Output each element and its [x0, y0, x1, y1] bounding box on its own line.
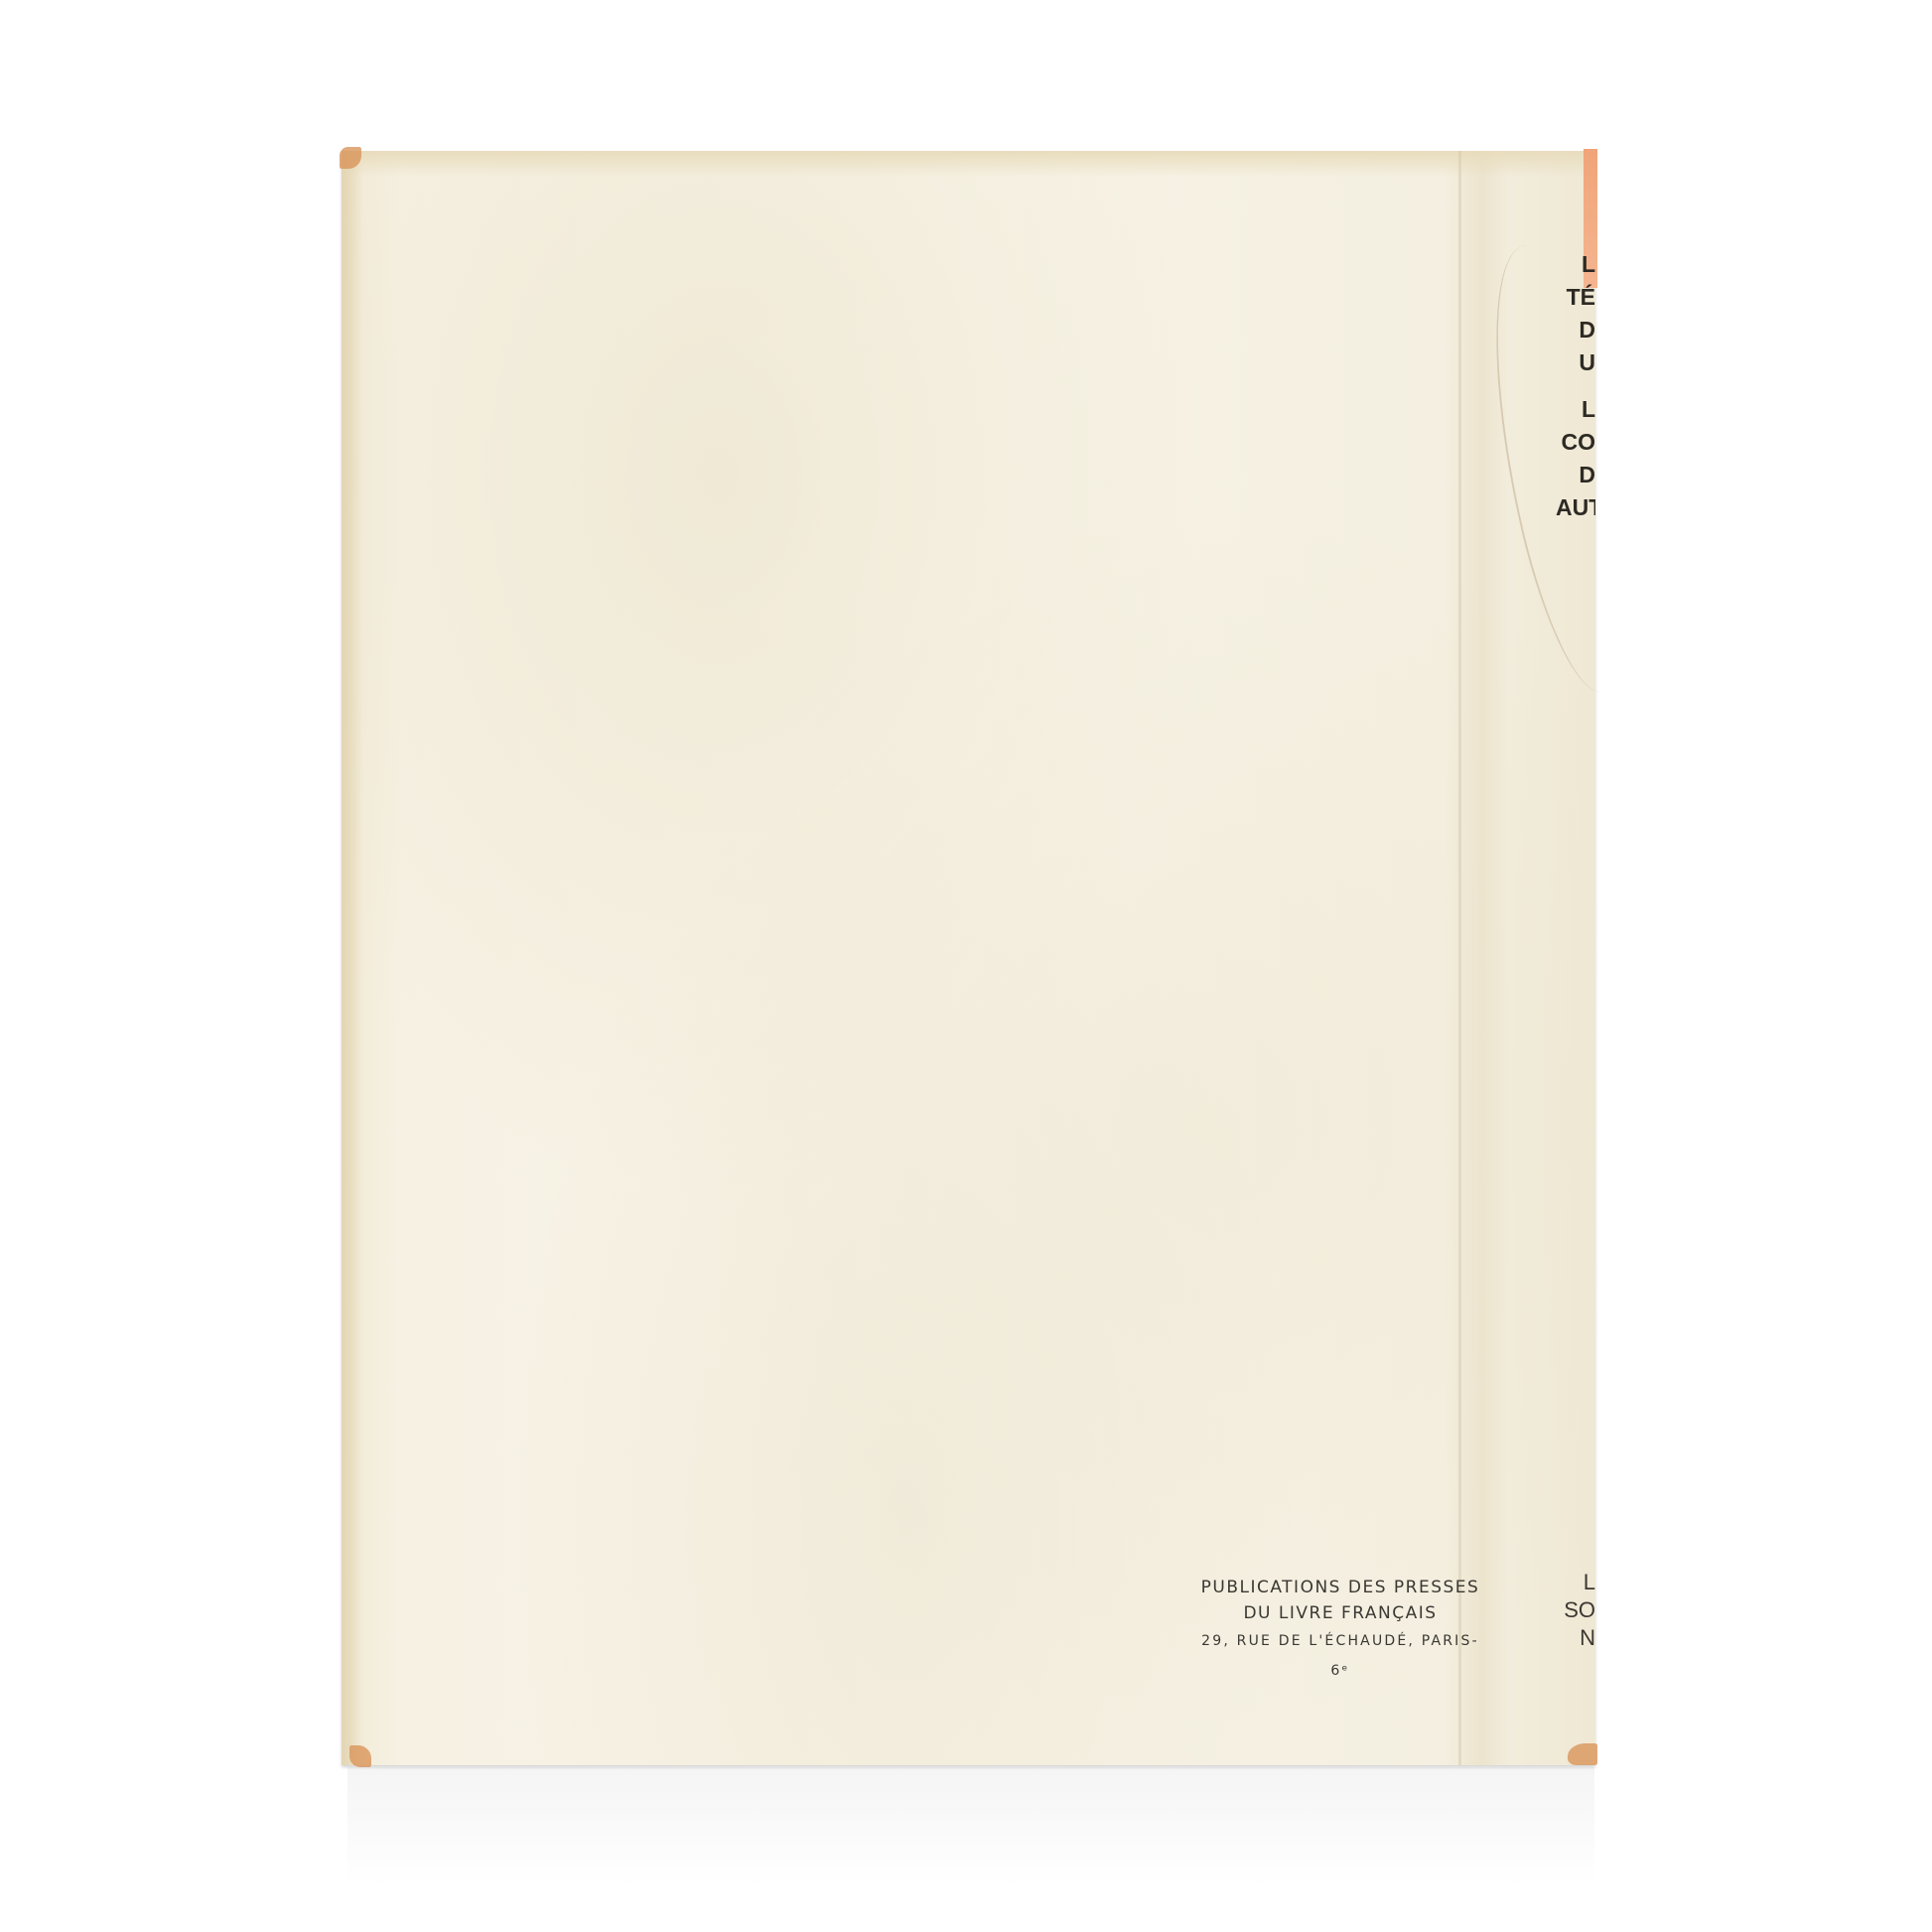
publisher-name-line1: PUBLICATIONS DES PRESSES: [1195, 1575, 1485, 1600]
spine-line: L: [1556, 248, 1595, 281]
publisher-address: 29, RUE DE L'ÉCHAUDÉ, PARIS-6ᵉ: [1195, 1626, 1485, 1686]
spine-line: SO: [1556, 1596, 1595, 1624]
spine-line: U: [1556, 346, 1595, 379]
publisher-name-line2: DU LIVRE FRANÇAIS: [1195, 1600, 1485, 1626]
spine-line: L: [1556, 393, 1595, 426]
spine-line: L: [1556, 1569, 1595, 1596]
table-reflection: [347, 1767, 1594, 1886]
left-edge-wear: [342, 151, 363, 1765]
corner-wear-bottom-left: [349, 1745, 371, 1767]
spine-line: CO: [1556, 426, 1595, 459]
spine-line: AUT: [1556, 491, 1595, 524]
book-back-cover: L TÉ D U L CO D AUT L SO N PUBLICATIONS …: [342, 151, 1595, 1765]
top-edge-stain: [342, 151, 1595, 177]
spine-line: D: [1556, 459, 1595, 491]
spine-line: TÉ: [1556, 281, 1595, 314]
corner-wear-bottom-right: [1568, 1743, 1597, 1765]
spine-title-text: L TÉ D U L CO D AUT: [1556, 248, 1595, 524]
spine-line: N: [1556, 1624, 1595, 1652]
spine-line: D: [1556, 314, 1595, 346]
jacket-fold-line: [1458, 151, 1461, 1765]
publisher-imprint: PUBLICATIONS DES PRESSES DU LIVRE FRANÇA…: [1195, 1575, 1485, 1686]
spine-publisher-text: L SO N: [1556, 1569, 1595, 1652]
